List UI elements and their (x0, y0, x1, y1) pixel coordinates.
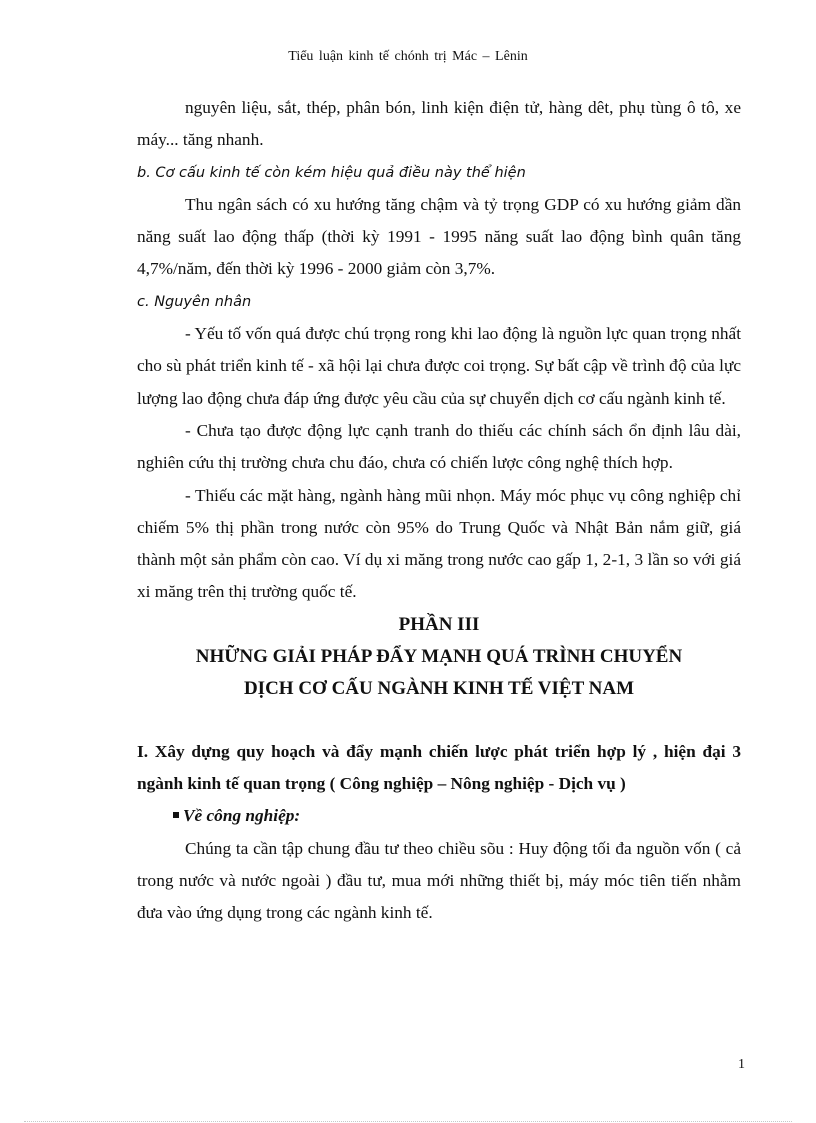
page-number: 1 (738, 1057, 745, 1073)
paragraph-industry: Chúng ta cần tập chung đầu tư theo chiều… (137, 833, 741, 930)
part-title-line-2: DỊCH CƠ CẤU NGÀNH KINH TẾ VIỆT NAM (137, 673, 741, 705)
document-body: nguyên liệu, sắt, thép, phân bón, linh k… (137, 92, 741, 929)
paragraph-materials: nguyên liệu, sắt, thép, phân bón, linh k… (137, 92, 741, 157)
subheading-c: c. Nguyên nhân (137, 286, 741, 318)
part-title-line-1: NHỮNG GIẢI PHÁP ĐẨY MẠNH QUÁ TRÌNH CHUYỂ… (137, 641, 741, 673)
bullet-industry: Về công nghiệp: (137, 800, 741, 832)
part-label: PHẦN III (137, 609, 741, 641)
section-heading-1: I. Xây dựng quy hoạch và đẩy mạnh chiến … (137, 736, 741, 801)
square-bullet-icon (173, 812, 179, 818)
paragraph-cause-1: - Yếu tố vốn quá được chú trọng rong khi… (137, 318, 741, 415)
subheading-b: b. Cơ cấu kinh tế còn kém hiệu quả điều … (137, 157, 741, 189)
page-separator (24, 1121, 792, 1122)
paragraph-cause-3: - Thiếu các mặt hàng, ngành hàng mũi nhọ… (137, 480, 741, 609)
bullet-industry-label: Về công nghiệp: (183, 806, 300, 825)
running-header: Tiểu luận kinh tế chónh trị Mác – Lênin (0, 49, 816, 65)
paragraph-cause-2: - Chưa tạo được động lực cạnh tranh do t… (137, 415, 741, 480)
paragraph-budget: Thu ngân sách có xu hướng tăng chậm và t… (137, 189, 741, 286)
